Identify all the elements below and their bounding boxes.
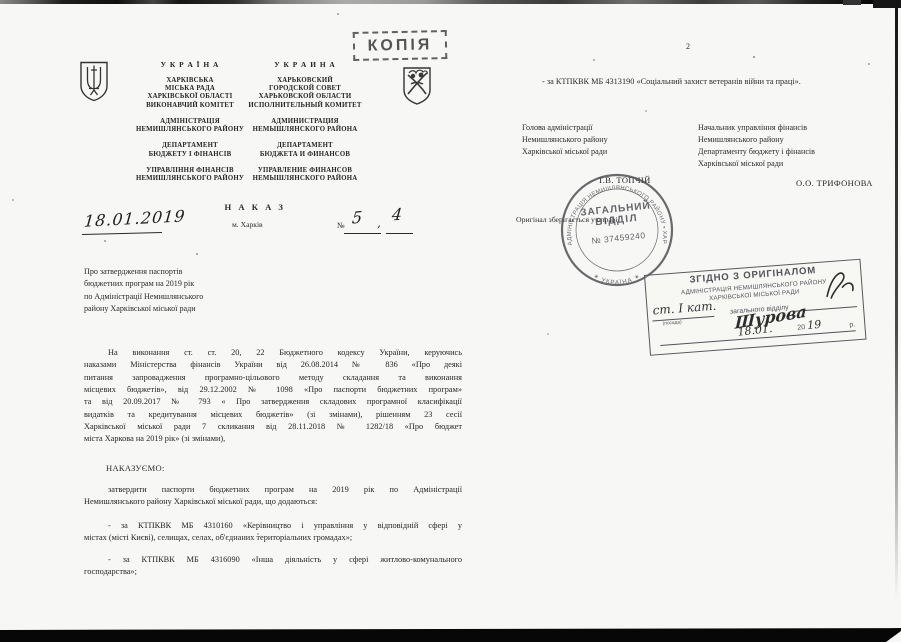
signer-title-line: Начальник управління фінансів xyxy=(698,122,883,134)
copy-stamp-label: КОПІЯ xyxy=(367,36,432,55)
country-name-ru: У К Р А И Н А xyxy=(225,61,385,69)
scan-corner-mark xyxy=(843,0,861,5)
org-line: ИСПОЛНИТЕЛЬНЫЙ КОМИТЕТ xyxy=(225,102,385,110)
cert-year-printed: 20 xyxy=(797,324,805,332)
header-column-russian: У К Р А И Н А ХАРЬКОВСКИЙГОРОДСКОЙ СОВЕТ… xyxy=(225,61,385,183)
certification-stamp: ЗГІДНО З ОРИГІНАЛОМ АДМІНІСТРАЦІЯ НЕМИШЛ… xyxy=(644,259,866,356)
continuation-line: - за КТПКВК МБ 4313190 «Соціальний захис… xyxy=(542,77,890,86)
org-lines-ru: ХАРЬКОВСКИЙГОРОДСКОЙ СОВЕТХАРЬКОВСКОЙ ОБ… xyxy=(225,77,385,183)
scan-top-edge xyxy=(0,0,901,4)
paragraph-line: містах (місті Києві), селищах, селах, об… xyxy=(84,532,462,544)
org-line xyxy=(225,134,385,142)
order-number-separator: , xyxy=(377,216,381,230)
round-seal: АДМІНІСТРАЦІЯ НЕМИШЛЯНСЬКОГО РАЙОНУ • ХА… xyxy=(559,172,675,288)
order-number-part2: 4 xyxy=(391,205,403,225)
org-line: ХАРЬКОВСКОЙ ОБЛАСТИ xyxy=(225,93,385,101)
paragraph-line: наказами Міністерства фінансів України в… xyxy=(84,359,462,371)
paragraph-line: місцевих бюджетів», від 29.12.2002 № 109… xyxy=(84,384,462,396)
signer-title-line: Харківської міської ради xyxy=(522,146,687,158)
org-line: АДМИНИСТРАЦИЯ xyxy=(225,118,385,126)
order-preamble-paragraph: На виконання ст. ст. 20, 22 Бюджетного к… xyxy=(84,347,462,446)
svg-text:✶ УКРАЇНА ✶: ✶ УКРАЇНА ✶ xyxy=(592,273,642,287)
paragraph-line: Немишлянського району Харківської місько… xyxy=(84,496,462,508)
seal-rim-bottom-text: ✶ УКРАЇНА ✶ xyxy=(592,273,642,287)
org-line xyxy=(225,110,385,118)
org-line: НЕМЫШЛЯНСКОГО РАЙОНА xyxy=(225,175,385,183)
signer-title-line: Департаменту бюджету і фінансів xyxy=(698,146,883,158)
signer-title-line: Голова адміністрації xyxy=(522,122,687,134)
decree-word: НАКАЗУЄМО: xyxy=(106,463,165,473)
paragraph-line: господарства»; xyxy=(84,566,462,578)
signature-flourish-icon xyxy=(823,266,859,302)
order-date-handwritten: 18.01.2019 xyxy=(83,206,186,230)
subject-line: Про затвердження паспортів xyxy=(84,266,264,278)
order-bullet-1: - за КТПКВК МБ 4310160 «Керівництво і уп… xyxy=(84,520,462,545)
signer-title-line: Харківської міської ради xyxy=(698,158,883,170)
paragraph-line: міста Харкова на 2019 рік» (зі змінами), xyxy=(84,433,462,445)
signer-title-line: Немишлянського району xyxy=(522,134,687,146)
org-line: НЕМЫШЛЯНСКОГО РАЙОНА xyxy=(225,126,385,134)
scan-bottom-edge xyxy=(0,628,901,642)
order-title: Н А К А З xyxy=(205,202,305,212)
number-underline xyxy=(386,233,413,234)
number-underline xyxy=(344,233,381,234)
paragraph-line: питання запровадження програмно-цільовог… xyxy=(84,372,462,384)
order-item-paragraph: затвердити паспорти бюджетних програм на… xyxy=(84,484,462,509)
copy-stamp: КОПІЯ xyxy=(353,30,448,61)
paragraph-line: На виконання ст. ст. 20, 22 Бюджетного к… xyxy=(84,347,462,359)
subject-line: бюджетних програм на 2019 рік xyxy=(84,278,264,290)
coat-of-arms-kharkiv-icon xyxy=(401,66,433,106)
scan-right-edge xyxy=(895,0,898,600)
scan-bottom-corner-notch xyxy=(886,631,901,642)
cert-position-label: (посада) xyxy=(663,320,682,326)
org-line xyxy=(225,159,385,167)
coat-of-arms-ukraine-icon xyxy=(79,61,109,102)
subject-line: по Адміністрації Немишлянського xyxy=(84,291,264,303)
order-number-sign: № xyxy=(337,221,345,230)
paragraph-line: - за КТПКВК МБ 4310160 «Керівництво і уп… xyxy=(84,520,462,532)
org-line: ДЕПАРТАМЕНТ xyxy=(225,142,385,150)
paragraph-line: затвердити паспорти бюджетних програм на… xyxy=(84,484,462,496)
page-number: 2 xyxy=(686,42,690,51)
cert-year-suffix: р. xyxy=(849,321,855,328)
order-place: м. Харків xyxy=(232,220,263,229)
paragraph-line: - за КТПКВК МБ 4316090 «Інша діяльність … xyxy=(84,554,462,566)
order-number-part1: 5 xyxy=(351,207,362,227)
scan-dust-specks xyxy=(337,13,339,15)
paragraph-line: Харківської міської ради 7 скликання від… xyxy=(84,421,462,433)
paragraph-line: та від 20.09.2017 № 793 « Про затверджен… xyxy=(84,396,462,408)
signer-right-name: О.О. ТРИФОНОВА xyxy=(796,178,873,188)
org-line: БЮДЖЕТА И ФИНАНСОВ xyxy=(225,151,385,159)
order-subject: Про затвердження паспортівбюджетних прог… xyxy=(84,266,264,316)
subject-line: району Харківської міської ради xyxy=(84,303,264,315)
document-scan: У К Р А Ї Н А ХАРКІВСЬКАМІСЬКА РАДАХАРКІ… xyxy=(0,0,901,642)
signer-right-title: Начальник управління фінансівНемишлянськ… xyxy=(698,122,883,171)
paragraph-line: видатків та кредитування місцевих бюджет… xyxy=(84,409,462,421)
order-bullet-2: - за КТПКВК МБ 4316090 «Інша діяльність … xyxy=(84,554,462,579)
signer-title-line: Немишлянського району xyxy=(698,134,883,146)
signer-left-title: Голова адміністраціїНемишлянського район… xyxy=(522,122,687,158)
cert-year-handwritten: 19 xyxy=(807,318,822,332)
date-underline xyxy=(82,232,162,235)
org-line: УПРАВЛЕНИЕ ФИНАНСОВ xyxy=(225,167,385,175)
